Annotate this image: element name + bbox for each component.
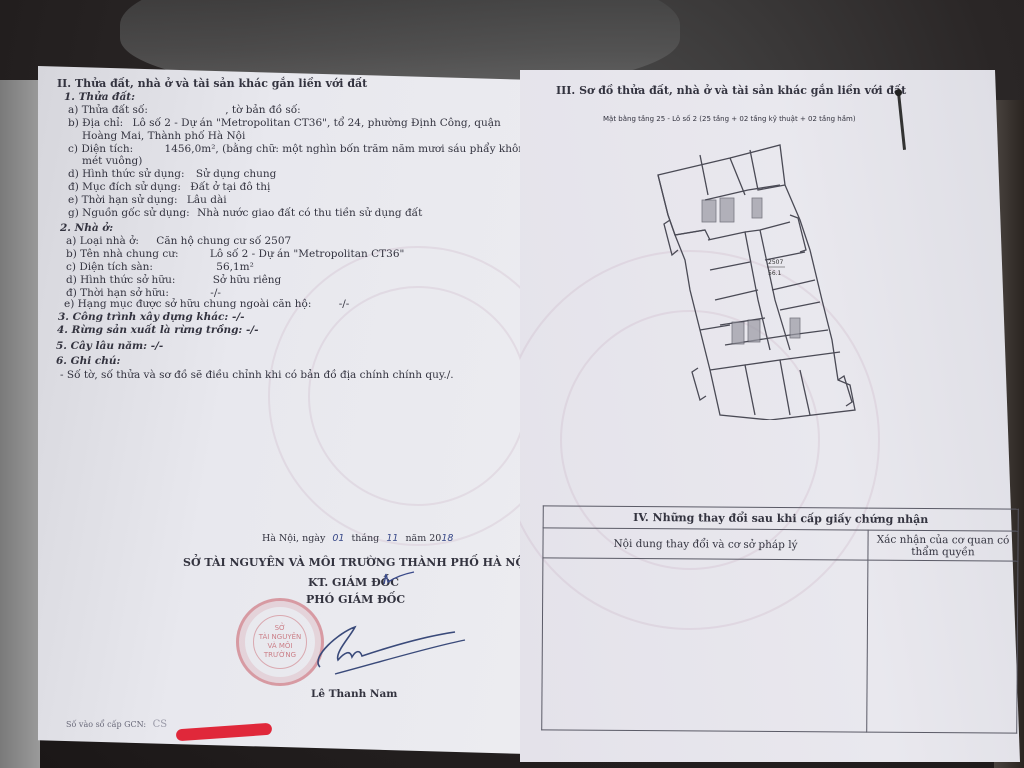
- signer-name: Lê Thanh Nam: [311, 688, 397, 701]
- use-form-row: d) Hình thức sử dụng: Sử dụng chung: [68, 168, 276, 181]
- land-heading: 1. Thửa đất:: [64, 91, 135, 104]
- date-year-label: năm 20: [405, 533, 441, 544]
- changes-content-cell: [542, 558, 868, 732]
- use-form-value: Sử dụng chung: [196, 168, 277, 180]
- perennial-trees: 5. Cây lâu năm: -/-: [56, 340, 163, 353]
- use-origin-label: g) Nguồn gốc sử dụng:: [68, 207, 190, 219]
- house-type-label: a) Loại nhà ở:: [66, 235, 139, 247]
- ownership-form-label: d) Hình thức sở hữu:: [66, 274, 175, 286]
- unit-area-label: 56.1: [768, 270, 782, 277]
- use-term-label: e) Thời hạn sử dụng:: [68, 194, 178, 206]
- changes-confirmation-cell: [867, 560, 1018, 733]
- forest: 4. Rừng sản xuất là rừng trồng: -/-: [57, 324, 259, 337]
- floor-plan-diagram: 2507 56.1: [650, 140, 870, 420]
- handwritten-signature: [280, 612, 480, 682]
- other-works: 3. Công trình xây dựng khác: -/-: [58, 311, 245, 324]
- use-purpose-label: đ) Mục đích sử dụng:: [68, 181, 181, 193]
- area-label: c) Diện tích:: [68, 143, 133, 155]
- floor-area-label: c) Diện tích sàn:: [66, 261, 153, 273]
- section-ii-title: II. Thửa đất, nhà ở và tài sản khác gắn …: [57, 77, 367, 90]
- use-term-value: Lâu dài: [187, 194, 227, 206]
- address-row: b) Địa chỉ: Lô số 2 - Dự án "Metropolita…: [68, 117, 501, 130]
- floor-area-row: c) Diện tích sàn: 56,1m²: [66, 261, 254, 274]
- registry-row: Số vào sổ cấp GCN: CS: [66, 718, 167, 731]
- changes-col-content-header: Nội dung thay đổi và cơ sở pháp lý: [543, 528, 868, 560]
- floor-area-value: 56,1m²: [216, 261, 254, 273]
- building-name-value: Lô số 2 - Dự án "Metropolitan CT36": [210, 248, 405, 260]
- date-day: 01: [332, 533, 344, 544]
- date-month-label: tháng: [351, 533, 379, 544]
- date-month: 11: [386, 533, 398, 544]
- initial-mark: [380, 568, 420, 588]
- parcel-no-row: a) Thửa đất số: , tờ bản đồ số:: [68, 104, 301, 117]
- notes-text: - Số tờ, số thửa và sơ đồ sẽ điều chỉnh …: [60, 369, 454, 382]
- issuing-agency: SỞ TÀI NGUYÊN VÀ MÔI TRƯỜNG THÀNH PHỐ HÀ…: [183, 556, 530, 569]
- signer-position: PHÓ GIÁM ĐỐC: [306, 593, 405, 606]
- address-value-line2: Hoàng Mai, Thành phố Hà Nội: [82, 130, 245, 143]
- building-name-label: b) Tên nhà chung cư:: [66, 248, 179, 260]
- unit-number-label: 2507: [768, 259, 783, 266]
- watermark-emblem-inner: [308, 286, 528, 506]
- plan-caption: Mặt bằng tầng 25 - Lô số 2 (25 tầng + 02…: [603, 113, 856, 126]
- use-purpose-value: Đất ở tại đô thị: [190, 181, 270, 193]
- house-type-value: Căn hộ chung cư số 2507: [156, 235, 291, 247]
- notes-heading: 6. Ghi chú:: [56, 355, 120, 368]
- area-value-line2: mét vuông): [82, 155, 142, 168]
- use-origin-value: Nhà nước giao đất có thu tiền sử dụng đấ…: [197, 207, 422, 219]
- house-type-row: a) Loại nhà ở: Căn hộ chung cư số 2507: [66, 235, 291, 248]
- parcel-no-value: , tờ bản đồ số:: [225, 104, 300, 116]
- ownership-form-value: Sở hữu riêng: [213, 274, 282, 286]
- section-iii-title: III. Sơ đồ thửa đất, nhà ở và tài sản kh…: [556, 84, 906, 97]
- ownership-form-row: d) Hình thức sở hữu: Sở hữu riêng: [66, 274, 281, 287]
- house-heading: 2. Nhà ở:: [60, 222, 113, 235]
- shared-items-value: -/-: [339, 298, 350, 310]
- changes-table: IV. Những thay đổi sau khi cấp giấy chứn…: [541, 505, 1019, 733]
- changes-col-confirmation-header: Xác nhận của cơ quan có thẩm quyền: [868, 530, 1018, 561]
- use-form-label: d) Hình thức sử dụng:: [68, 168, 185, 180]
- issue-date: Hà Nội, ngày 01 tháng 11 năm 2018: [262, 532, 453, 545]
- use-purpose-row: đ) Mục đích sử dụng: Đất ở tại đô thị: [68, 181, 270, 194]
- registry-label: Số vào sổ cấp GCN:: [66, 720, 146, 729]
- use-term-row: e) Thời hạn sử dụng: Lâu dài: [68, 194, 227, 207]
- address-label: b) Địa chỉ:: [68, 117, 123, 129]
- building-name-row: b) Tên nhà chung cư: Lô số 2 - Dự án "Me…: [66, 248, 404, 261]
- registry-value: CS: [153, 719, 168, 730]
- date-year: 18: [441, 533, 453, 544]
- use-origin-row: g) Nguồn gốc sử dụng: Nhà nước giao đất …: [68, 207, 422, 220]
- area-value: 1456,0m², (bằng chữ: một nghìn bốn trăm …: [165, 143, 532, 155]
- parcel-no-label: a) Thửa đất số:: [68, 104, 148, 116]
- background-surface-left: [0, 80, 40, 768]
- address-value: Lô số 2 - Dự án "Metropolitan CT36", tổ …: [132, 117, 500, 129]
- date-prefix: Hà Nội, ngày: [262, 533, 325, 544]
- shared-items-label: e) Hạng mục được sở hữu chung ngoài căn …: [64, 298, 311, 310]
- shared-items-row: e) Hạng mục được sở hữu chung ngoài căn …: [64, 298, 349, 311]
